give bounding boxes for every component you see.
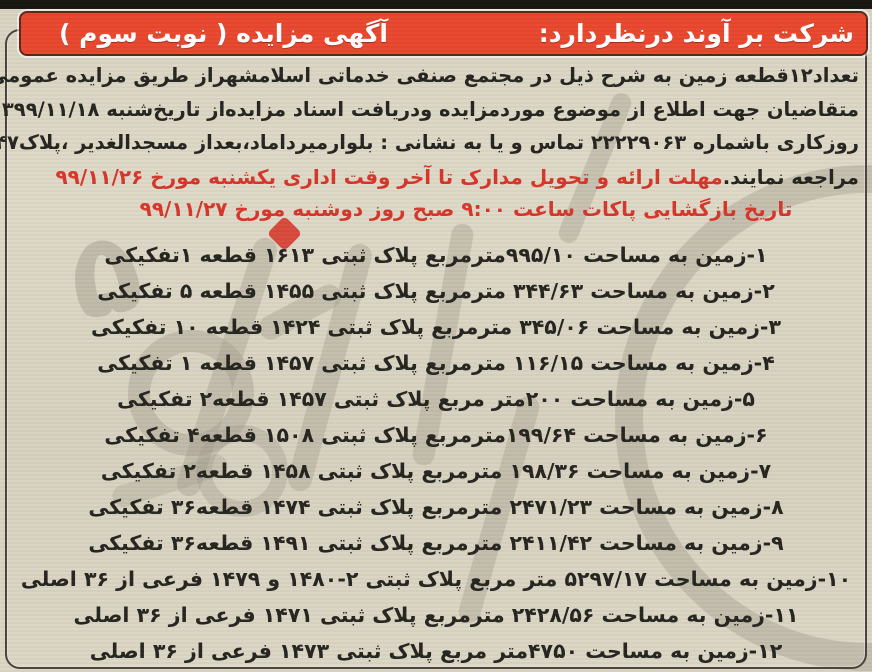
body-line-4: مراجعه نمایند. مهلت ارائه و تحویل مدارک …	[11, 165, 859, 189]
list-item: ۵-زمین به مساحت ۲۰۰متر مربع پلاک ثبتی ۱۴…	[10, 381, 862, 417]
list-item: ۱۲-زمین به مساحت ۴۷۵۰متر مربع پلاک ثبتی …	[10, 633, 862, 669]
list-item: ۷-زمین به مساحت ۱۹۸/۳۶ مترمربع پلاک ثبتی…	[10, 453, 862, 489]
body-line-1: تعداد۱۲قطعه زمین به شرح ذیل در مجتمع صنف…	[11, 64, 859, 87]
page-top-rule	[0, 0, 872, 9]
body-line-4-end: مراجعه نمایند.	[723, 166, 859, 189]
list-item: ۴-زمین به مساحت ۱۱۶/۱۵ مترمربع پلاک ثبتی…	[10, 345, 862, 381]
list-item: ۱۰-زمین به مساحت ۵۲۹۷/۱۷ متر مربع پلاک ث…	[10, 561, 862, 597]
list-item: ۳-زمین به مساحت ۳۴۵/۰۶ مترمربع پلاک ثبتی…	[10, 309, 862, 345]
ad-content: تعداد۱۲قطعه زمین به شرح ذیل در مجتمع صنف…	[0, 0, 872, 672]
company-title: شرکت بر آوند درنظردارد:	[539, 19, 854, 48]
list-item: ۹-زمین به مساحت ۲۴۱۱/۴۲ مترمربع پلاک ثبت…	[10, 525, 862, 561]
headline-banner: شرکت بر آوند درنظردارد: آگهی مزایده ( نو…	[19, 11, 868, 56]
body-line-3: روزکاری باشماره ۲۲۲۲۹۰۶۳ تماس و یا به نش…	[11, 131, 859, 154]
list-item: ۱۱-زمین به مساحت ۲۴۲۸/۵۶ مترمربع پلاک ثب…	[10, 597, 862, 633]
opening-date-notice: تاریخ بازگشایی پاکات ساعت ۹:۰۰ صبح روز د…	[0, 197, 872, 221]
list-item: ۶-زمین به مساحت ۱۹۹/۶۴مترمربع پلاک ثبتی …	[10, 417, 862, 453]
auction-title: آگهی مزایده ( نوبت سوم )	[59, 19, 388, 48]
body-line-2: متقاضیان جهت اطلاع از موضوع موردمزایده و…	[11, 98, 859, 121]
deadline-notice: مهلت ارائه و تحویل مدارک تا آخر وقت ادار…	[0, 165, 723, 189]
list-item: ۸-زمین به مساحت ۲۴۷۱/۲۳ مترمربع پلاک ثبت…	[10, 489, 862, 525]
newspaper-ad-page: ۵ شرکت بر آوند درنظردارد: آگهی مزایده ( …	[0, 0, 872, 672]
list-item: ۱-زمین به مساحت ۹۹۵/۱۰مترمربع پلاک ثبتی …	[10, 237, 862, 273]
list-item: ۲-زمین به مساحت ۳۴۴/۶۳ مترمربع پلاک ثبتی…	[10, 273, 862, 309]
parcel-list: ۱-زمین به مساحت ۹۹۵/۱۰مترمربع پلاک ثبتی …	[10, 237, 862, 670]
